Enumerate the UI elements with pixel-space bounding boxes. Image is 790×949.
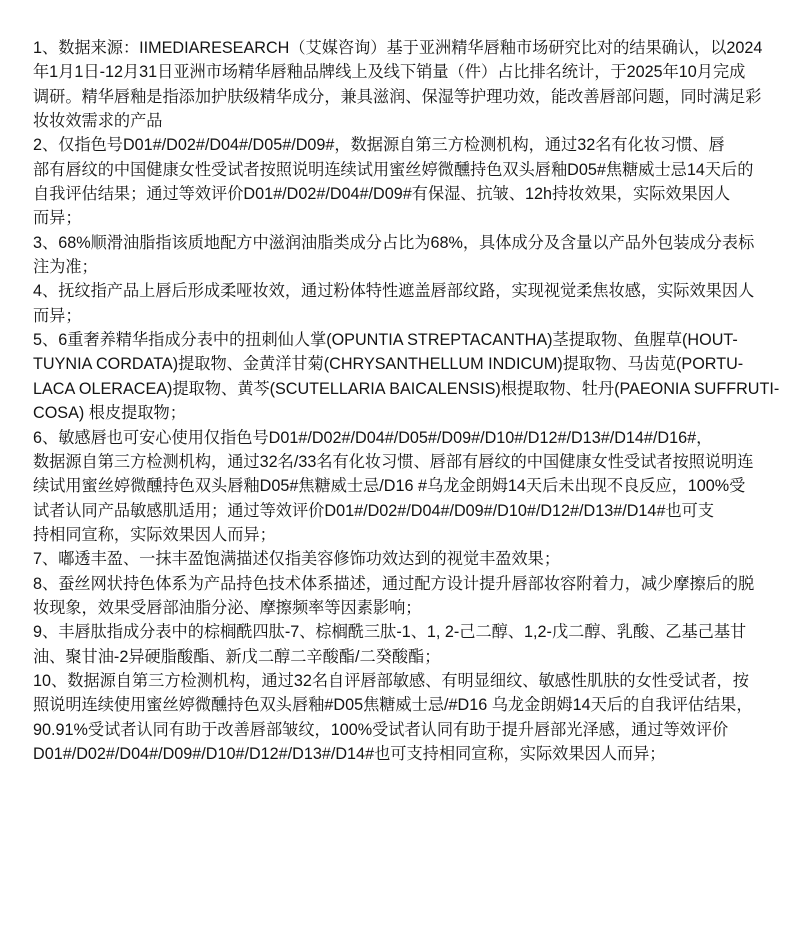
footnote-6: 6、敏感唇也可安心使用仅指色号D01#/D02#/D04#/D05#/D09#/…: [33, 426, 763, 548]
footnote-5: 5、6重奢养精华指成分表中的扭刺仙人掌(OPUNTIA STREPTACANTH…: [33, 328, 763, 425]
footnote-1: 1、数据来源：IIMEDIARESEARCH（艾媒咨询）基于亚洲精华唇釉市场研究…: [33, 36, 763, 133]
footnote-3: 3、68%顺滑油脂指该质地配方中滋润油脂类成分占比为68%，具体成分及含量以产品…: [33, 231, 763, 280]
footnotes-list: 1、数据来源：IIMEDIARESEARCH（艾媒咨询）基于亚洲精华唇釉市场研究…: [33, 36, 763, 766]
footnote-8: 8、蚕丝网状持色体系为产品持色技术体系描述，通过配方设计提升唇部妆容附着力，减少…: [33, 572, 763, 621]
footnote-4: 4、抚纹指产品上唇后形成柔哑妆效，通过粉体特性遮盖唇部纹路，实现视觉柔焦妆感，实…: [33, 279, 763, 328]
footnote-9: 9、丰唇肽指成分表中的棕榈酰四肽-7、棕榈酰三肽-1、1, 2-己二醇、1,2-…: [33, 620, 763, 669]
footnote-10: 10、数据源自第三方检测机构，通过32名自评唇部敏感、有明显细纹、敏感性肌肤的女…: [33, 669, 763, 766]
footnote-7: 7、嘟透丰盈、一抹丰盈饱满描述仅指美容修饰功效达到的视觉丰盈效果；: [33, 547, 763, 571]
footnote-2: 2、仅指色号D01#/D02#/D04#/D05#/D09#，数据源自第三方检测…: [33, 133, 763, 230]
disclaimer-page: 1、数据来源：IIMEDIARESEARCH（艾媒咨询）基于亚洲精华唇釉市场研究…: [0, 0, 790, 949]
